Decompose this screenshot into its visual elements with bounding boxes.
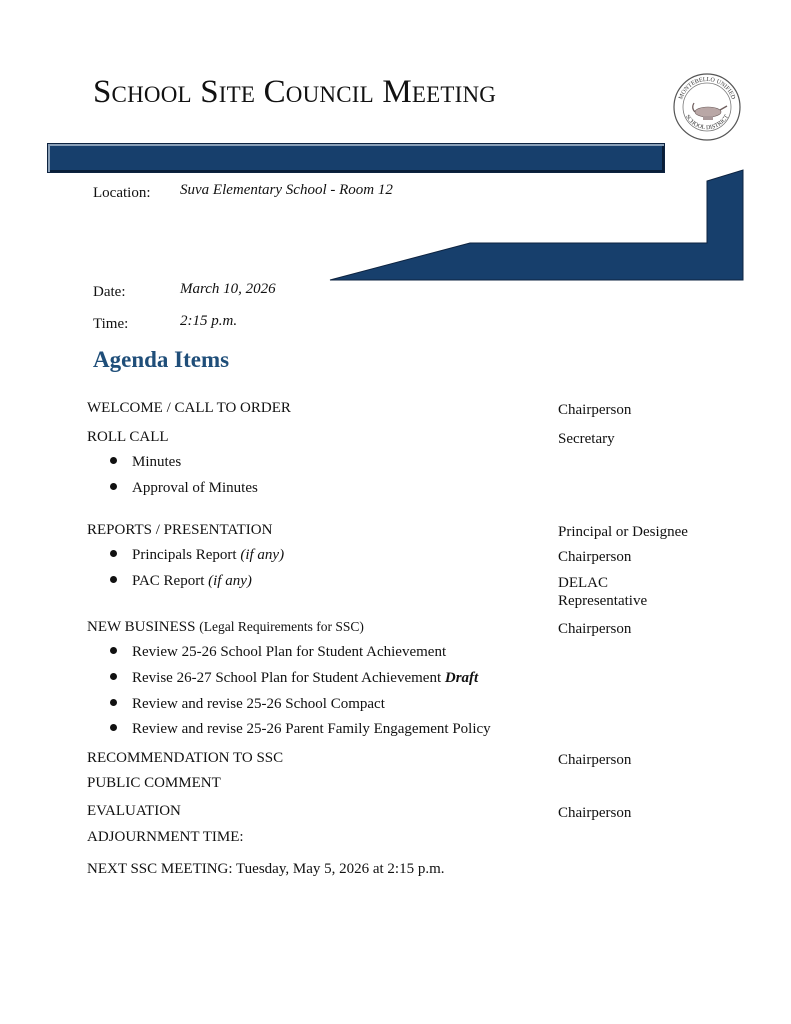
date-label: Date: (93, 284, 125, 301)
bullet-icon (110, 673, 117, 680)
bullet-icon (110, 699, 117, 706)
agenda-item-new-business: NEW BUSINESS (Legal Requirements for SSC… (87, 619, 364, 636)
location-value: Suva Elementary School - Room 12 (180, 182, 393, 199)
role-pac-report: DELAC Representative (558, 574, 647, 610)
bullet-icon (110, 647, 117, 654)
role-new-business: Chairperson (558, 620, 631, 638)
time-value: 2:15 p.m. (180, 313, 237, 330)
district-seal-logo: MONTEBELLO UNIFIED SCHOOL DISTRICT (672, 72, 742, 142)
role-evaluation: Chairperson (558, 804, 631, 822)
agenda-item-recommendation: RECOMMENDATION TO SSC (87, 750, 283, 767)
agenda-item-public-comment: PUBLIC COMMENT (87, 775, 221, 792)
agenda-item-evaluation: EVALUATION (87, 803, 181, 820)
bullet-icon (110, 483, 117, 490)
time-label: Time: (93, 316, 128, 333)
list-item: PAC Report (if any) (110, 573, 252, 590)
role-reports: Principal or Designee (558, 523, 688, 541)
list-item: Review and revise 25-26 Parent Family En… (110, 721, 491, 738)
bullet-icon (110, 576, 117, 583)
location-label: Location: (93, 185, 150, 202)
role-roll-call: Secretary (558, 430, 615, 448)
bullet-icon (110, 724, 117, 731)
agenda-item-welcome: WELCOME / CALL TO ORDER (87, 400, 291, 417)
list-item: Minutes (110, 454, 181, 471)
document-title: School Site Council Meeting (93, 74, 496, 111)
role-principals-report: Chairperson (558, 548, 631, 566)
role-welcome: Chairperson (558, 401, 631, 419)
agenda-item-roll-call: ROLL CALL (87, 429, 169, 446)
date-value: March 10, 2026 (180, 281, 276, 298)
header-banner-bar (47, 143, 665, 173)
agenda-item-reports: REPORTS / PRESENTATION (87, 522, 272, 539)
role-recommendation: Chairperson (558, 751, 631, 769)
agenda-heading: Agenda Items (93, 347, 229, 373)
list-item: Review 25-26 School Plan for Student Ach… (110, 644, 446, 661)
bullet-icon (110, 457, 117, 464)
list-item: Review and revise 25-26 School Compact (110, 696, 385, 713)
agenda-item-adjournment: ADJOURNMENT TIME: (87, 829, 244, 846)
list-item: Approval of Minutes (110, 480, 258, 497)
next-meeting: NEXT SSC MEETING: Tuesday, May 5, 2026 a… (87, 861, 445, 878)
bullet-icon (110, 550, 117, 557)
list-item: Principals Report (if any) (110, 547, 284, 564)
list-item: Revise 26-27 School Plan for Student Ach… (110, 670, 478, 687)
